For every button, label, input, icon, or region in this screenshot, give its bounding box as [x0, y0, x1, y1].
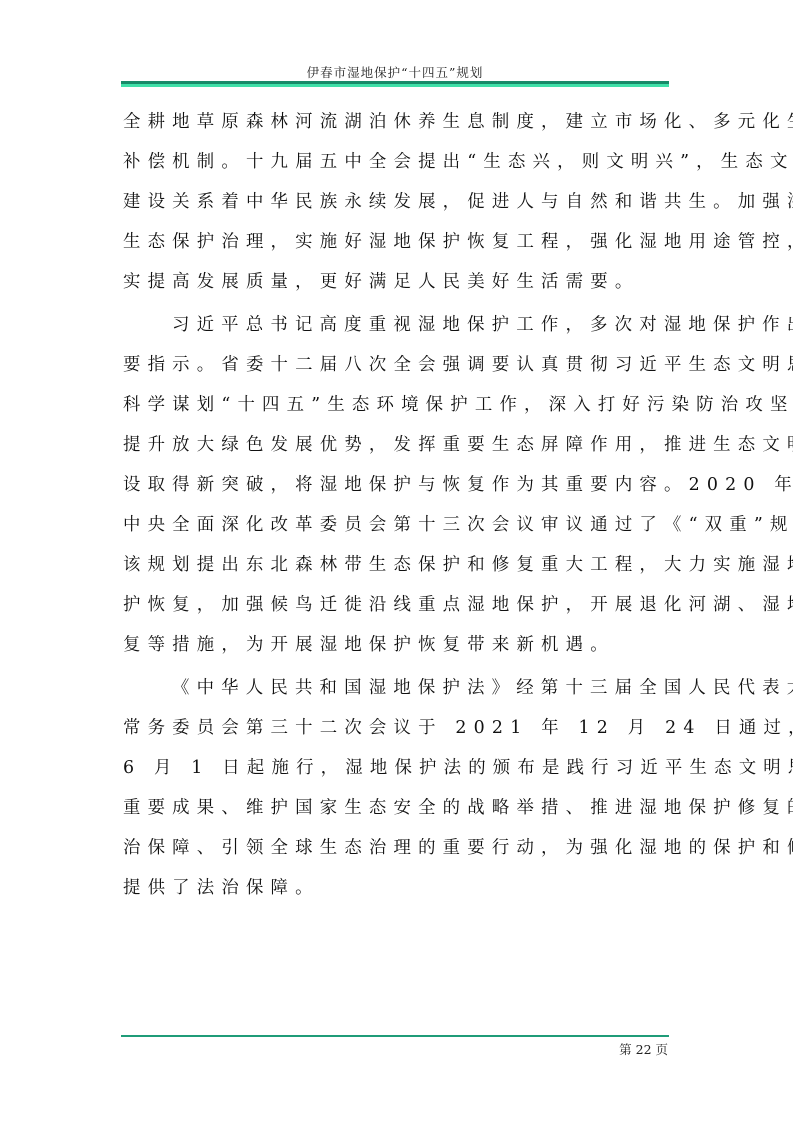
text-line: 设取得新突破，将湿地保护与恢复作为其重要内容。2020 年 4 月， [123, 465, 671, 505]
text-line: 常务委员会第三十二次会议于 2021 年 12 月 24 日通过，自 2022 … [123, 708, 671, 748]
text-line: 《中华人民共和国湿地保护法》经第十三届全国人民代表大会 [123, 668, 671, 708]
text-line: 护恢复，加强候鸟迁徙沿线重点湿地保护，开展退化河湖、湿地恢 [123, 585, 671, 625]
text-line: 治保障、引领全球生态治理的重要行动，为强化湿地的保护和修复 [123, 828, 671, 868]
text-line: 重要成果、维护国家生态安全的战略举措、推进湿地保护修复的法 [123, 788, 671, 828]
header-rule-light-band [121, 84, 669, 87]
paragraph-1: 全耕地草原森林河流湖泊休养生息制度，建立市场化、多元化生态 补偿机制。十九届五中… [123, 102, 671, 302]
text-line: 6 月 1 日起施行，湿地保护法的颁布是践行习近平生态文明思想的 [123, 748, 671, 788]
text-line: 习近平总书记高度重视湿地保护工作，多次对湿地保护作出重 [123, 305, 671, 345]
text-line: 中央全面深化改革委员会第十三次会议审议通过了《“双重”规划》， [123, 505, 671, 545]
text-line: 提升放大绿色发展优势，发挥重要生态屏障作用，推进生态文明建 [123, 425, 671, 465]
text-line: 生态保护治理，实施好湿地保护恢复工程，强化湿地用途管控，切 [123, 222, 671, 262]
text-line: 提供了法治保障。 [123, 868, 671, 908]
text-line: 复等措施，为开展湿地保护恢复带来新机遇。 [123, 625, 671, 665]
page-number: 第 22 页 [619, 1040, 668, 1058]
body-text: 全耕地草原森林河流湖泊休养生息制度，建立市场化、多元化生态 补偿机制。十九届五中… [123, 102, 671, 908]
footer-rule [121, 1035, 669, 1037]
text-line: 科学谋划“十四五”生态环境保护工作，深入打好污染防治攻坚战， [123, 385, 671, 425]
document-page: 伊春市湿地保护“十四五”规划 全耕地草原森林河流湖泊休养生息制度，建立市场化、多… [0, 0, 793, 1122]
paragraph-3: 《中华人民共和国湿地保护法》经第十三届全国人民代表大会 常务委员会第三十二次会议… [123, 668, 671, 908]
text-line: 补偿机制。十九届五中全会提出“生态兴，则文明兴”，生态文明 [123, 142, 671, 182]
running-header-title: 伊春市湿地保护“十四五”规划 [121, 63, 669, 81]
text-line: 全耕地草原森林河流湖泊休养生息制度，建立市场化、多元化生态 [123, 102, 671, 142]
text-line: 实提高发展质量，更好满足人民美好生活需要。 [123, 262, 671, 302]
text-line: 要指示。省委十二届八次全会强调要认真贯彻习近平生态文明思想， [123, 345, 671, 385]
header-rule [121, 81, 669, 87]
text-line: 建设关系着中华民族永续发展，促进人与自然和谐共生。加强湿地 [123, 182, 671, 222]
paragraph-2: 习近平总书记高度重视湿地保护工作，多次对湿地保护作出重 要指示。省委十二届八次全… [123, 305, 671, 665]
text-line: 该规划提出东北森林带生态保护和修复重大工程，大力实施湿地保 [123, 545, 671, 585]
